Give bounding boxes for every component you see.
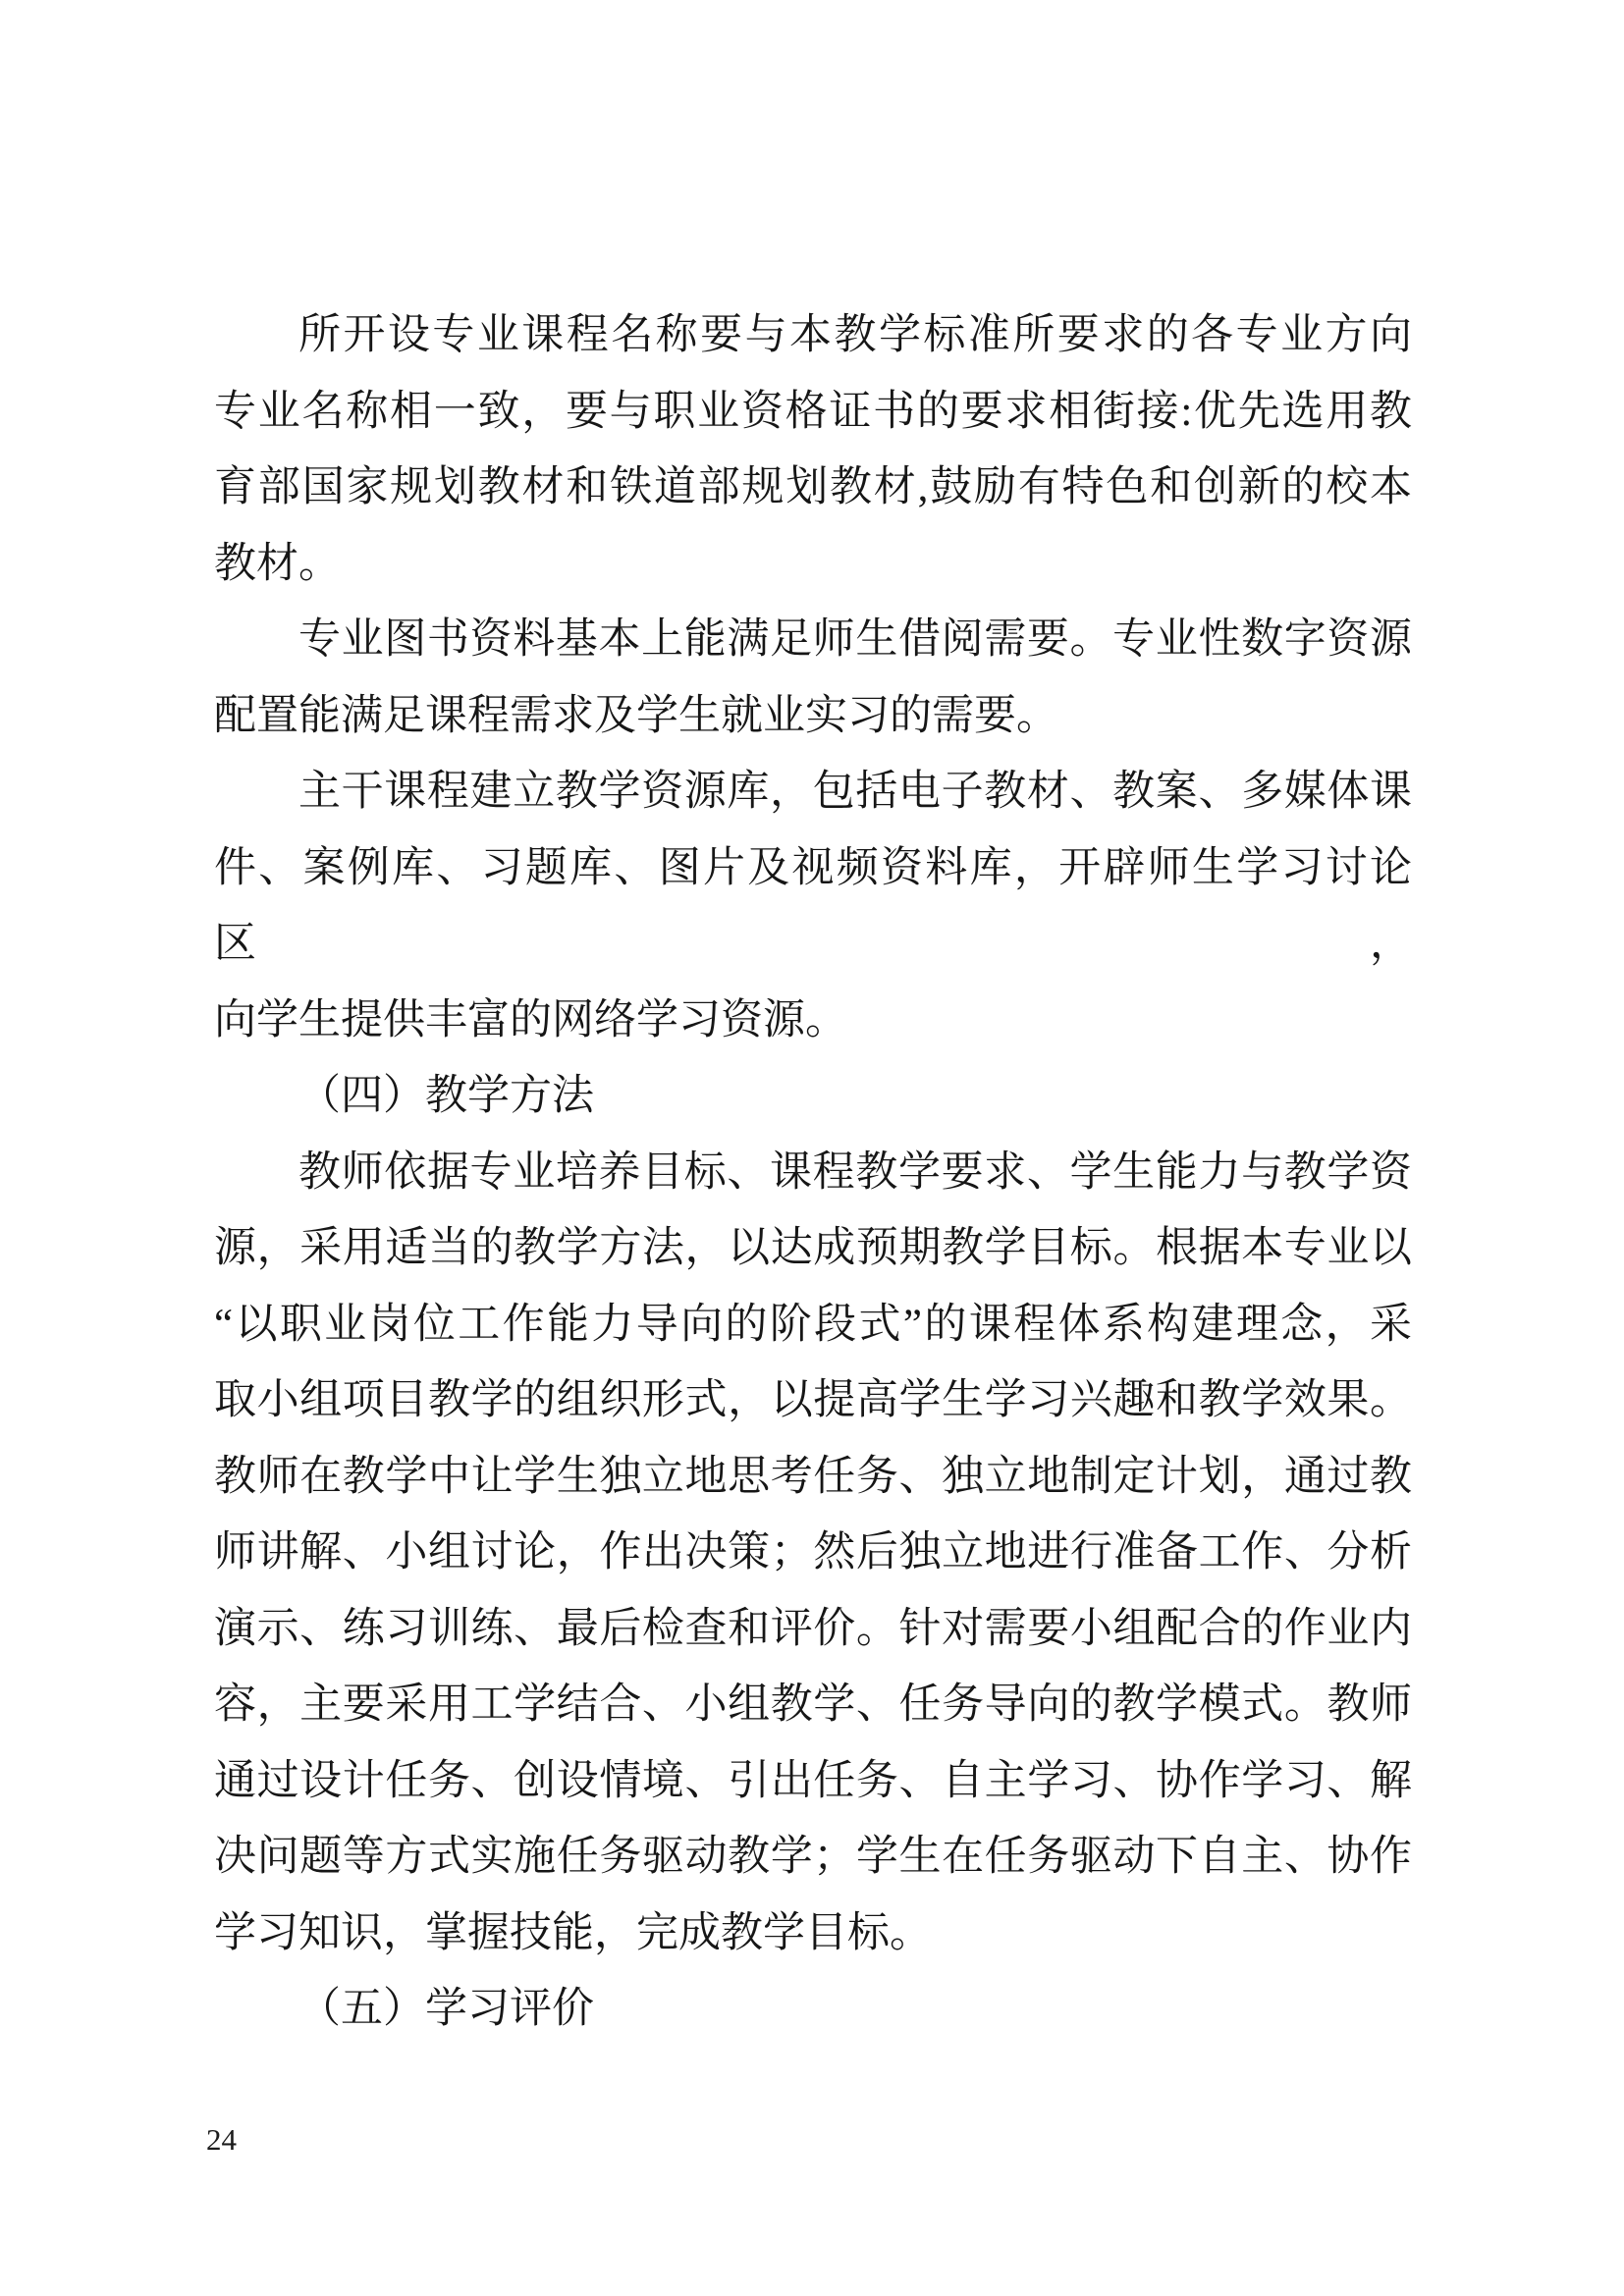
text-line: 教师依据专业培养目标、课程教学要求、学生能力与教学资	[214, 1135, 1412, 1211]
text-line: 通过设计任务、创设情境、引出任务、自主学习、协作学习、解	[214, 1743, 1412, 1820]
document-body: 所开设专业课程名称要与本教学标准所要求的各专业方向专业名称相一致，要与职业资格证…	[214, 297, 1412, 2048]
text-line: 学习知识，掌握技能，完成教学目标。	[214, 1896, 1412, 1972]
text-line: “以职业岗位工作能力导向的阶段式”的课程体系构建理念，采	[214, 1287, 1412, 1363]
text-line: 主干课程建立教学资源库，包括电子教材、教案、多媒体课	[214, 754, 1412, 830]
text-line: 容，主要采用工学结合、小组教学、任务导向的教学模式。教师	[214, 1667, 1412, 1743]
text-line: 向学生提供丰富的网络学习资源。	[214, 983, 1412, 1059]
text-line: 取小组项目教学的组织形式，以提高学生学习兴趣和教学效果。	[214, 1362, 1412, 1439]
text-line: 演示、练习训练、最后检查和评价。针对需要小组配合的作业内	[214, 1591, 1412, 1668]
text-line: 件、案例库、习题库、图片及视频资料库，开辟师生学习讨论区，	[214, 830, 1412, 983]
text-line: 教材。	[214, 526, 1412, 603]
text-line: （五）学习评价	[214, 1971, 1412, 2048]
text-line: （四）教学方法	[214, 1058, 1412, 1135]
document-page: 所开设专业课程名称要与本教学标准所要求的各专业方向专业名称相一致，要与职业资格证…	[0, 0, 1624, 2296]
text-line: 专业名称相一致，要与职业资格证书的要求相街接:优先选用教	[214, 374, 1412, 451]
text-line: 专业图书资料基本上能满足师生借阅需要。专业性数字资源	[214, 602, 1412, 678]
text-line: 育部国家规划教材和铁道部规划教材,鼓励有特色和创新的校本	[214, 450, 1412, 526]
text-line: 教师在教学中让学生独立地思考任务、独立地制定计划，通过教	[214, 1439, 1412, 1516]
text-line: 所开设专业课程名称要与本教学标准所要求的各专业方向	[214, 297, 1412, 374]
page-number: 24	[206, 2120, 237, 2160]
text-line: 配置能满足课程需求及学生就业实习的需要。	[214, 678, 1412, 755]
text-line: 源，采用适当的教学方法，以达成预期教学目标。根据本专业以	[214, 1210, 1412, 1287]
text-line: 师讲解、小组讨论，作出决策；然后独立地进行准备工作、分析	[214, 1515, 1412, 1591]
text-line: 决问题等方式实施任务驱动教学；学生在任务驱动下自主、协作	[214, 1819, 1412, 1896]
